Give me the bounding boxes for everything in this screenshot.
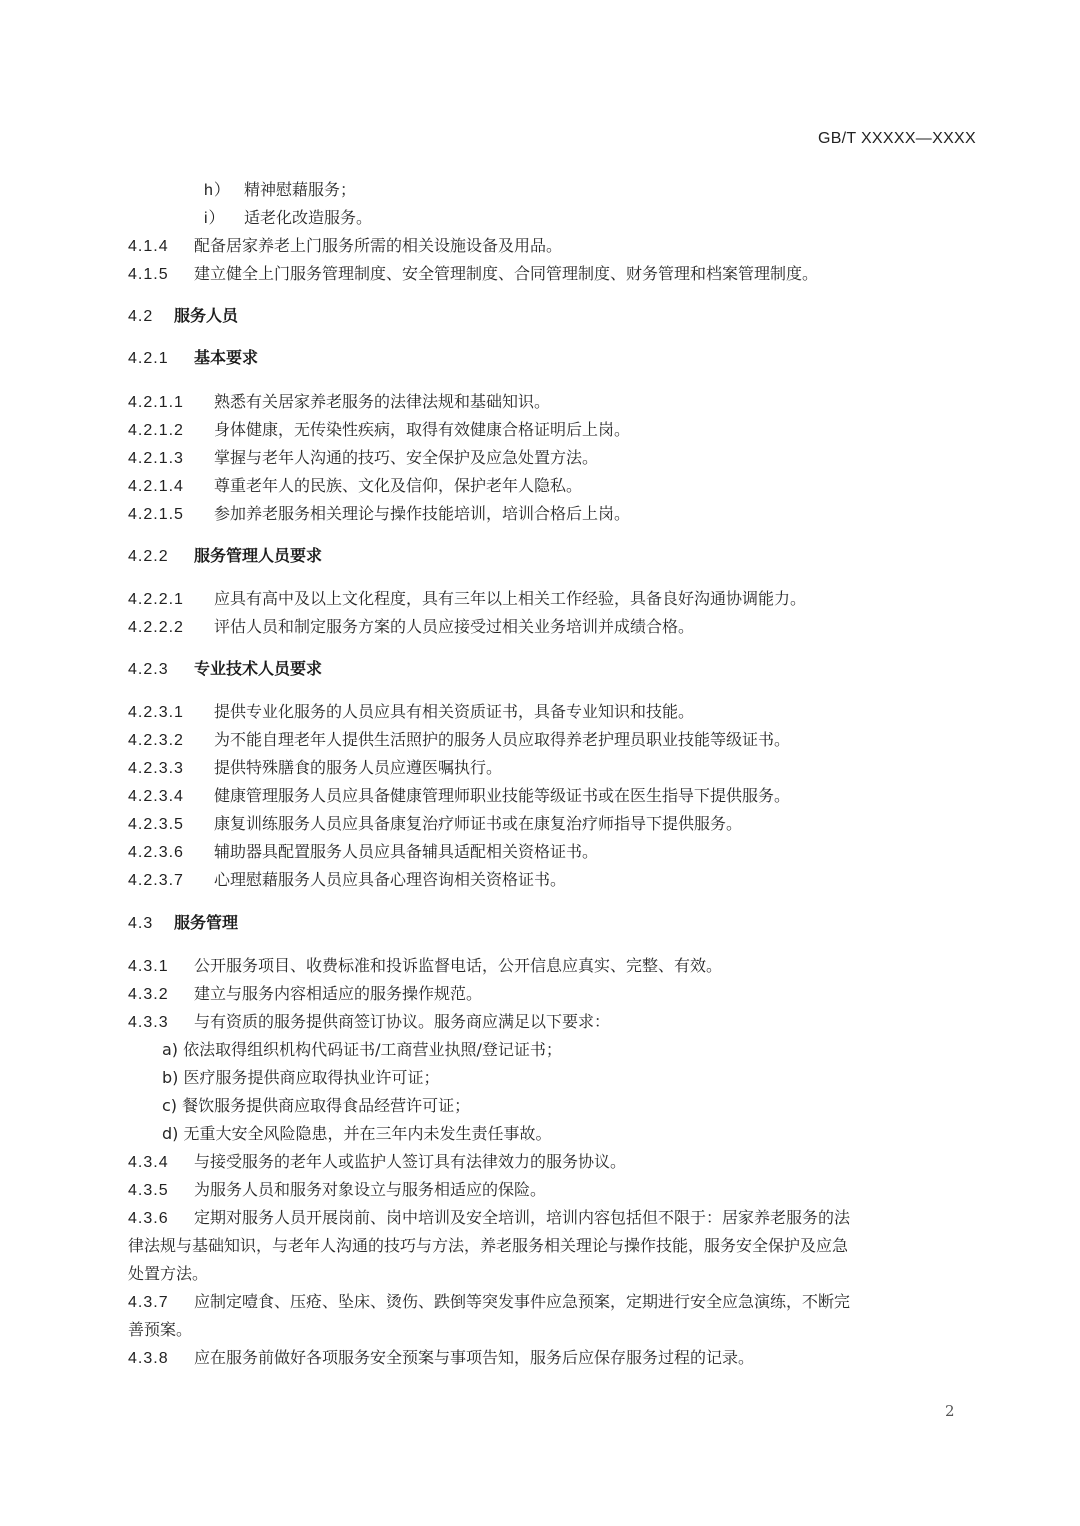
clause-4-2-1-5: 4.2.1.5参加养老服务相关理论与操作技能培训，培训合格后上岗。 — [128, 504, 630, 525]
clause-4-3-1: 4.3.1公开服务项目、收费标准和投诉监督电话，公开信息应真实、完整、有效。 — [128, 956, 722, 977]
clause-text: 评估人员和制定服务方案的人员应接受过相关业务培训并成绩合格。 — [214, 617, 694, 636]
section-heading-4-2-3: 4.2.3专业技术人员要求 — [128, 659, 322, 680]
sub-item-label: b) — [162, 1068, 178, 1087]
sub-item-label: a) — [162, 1040, 178, 1059]
clause-text: 应制定噎食、压疮、坠床、烫伤、跌倒等突发事件应急预案，定期进行安全应急演练，不断… — [194, 1292, 850, 1311]
clause-number: 4.2.1.1 — [128, 393, 214, 413]
clause-4-2-3-2: 4.2.3.2为不能自理老年人提供生活照护的服务人员应取得养老护理员职业技能等级… — [128, 730, 790, 751]
clause-number: 4.2.3.2 — [128, 731, 214, 751]
clause-text: 身体健康，无传染性疾病，取得有效健康合格证明后上岗。 — [214, 420, 630, 439]
list-label: i） — [204, 209, 244, 229]
clause-number: 4.2.1.2 — [128, 421, 214, 441]
sub-item-label: c) — [162, 1096, 177, 1115]
section-heading-4-2-2: 4.2.2服务管理人员要求 — [128, 546, 322, 567]
clause-number: 4.3.7 — [128, 1293, 194, 1313]
clause-4-1-5: 4.1.5建立健全上门服务管理制度、安全管理制度、合同管理制度、财务管理和档案管… — [128, 264, 818, 285]
clause-text: 健康管理服务人员应具备健康管理师职业技能等级证书或在医生指导下提供服务。 — [214, 786, 790, 805]
section-title: 服务管理人员要求 — [194, 546, 322, 565]
clause-text: 配备居家养老上门服务所需的相关设施设备及用品。 — [194, 236, 562, 255]
section-title: 服务人员 — [174, 306, 238, 325]
clause-number: 4.2.1.5 — [128, 505, 214, 525]
clause-4-1-4: 4.1.4配备居家养老上门服务所需的相关设施设备及用品。 — [128, 236, 562, 257]
document-code: GB/T XXXXX—XXXX — [818, 130, 976, 148]
clause-text: 康复训练服务人员应具备康复治疗师证书或在康复治疗师指导下提供服务。 — [214, 814, 742, 833]
clause-4-2-2-2: 4.2.2.2评估人员和制定服务方案的人员应接受过相关业务培训并成绩合格。 — [128, 617, 694, 638]
clause-4-3-6-cont: 律法规与基础知识，与老年人沟通的技巧与方法，养老服务相关理论与操作技能，服务安全… — [128, 1236, 848, 1256]
clause-4-2-3-5: 4.2.3.5康复训练服务人员应具备康复治疗师证书或在康复治疗师指导下提供服务。 — [128, 814, 742, 835]
clause-number: 4.3.3 — [128, 1013, 194, 1033]
section-title: 基本要求 — [194, 348, 258, 367]
clause-4-3-8: 4.3.8应在服务前做好各项服务安全预案与事项告知，服务后应保存服务过程的记录。 — [128, 1348, 754, 1369]
clause-4-3-5: 4.3.5为服务人员和服务对象设立与服务相适应的保险。 — [128, 1180, 546, 1201]
clause-text: 掌握与老年人沟通的技巧、安全保护及应急处置方法。 — [214, 448, 598, 467]
clause-4-2-3-7: 4.2.3.7心理慰藉服务人员应具备心理咨询相关资格证书。 — [128, 870, 566, 891]
clause-text: 与接受服务的老年人或监护人签订具有法律效力的服务协议。 — [194, 1152, 626, 1171]
clause-text: 定期对服务人员开展岗前、岗中培训及安全培训，培训内容包括但不限于：居家养老服务的… — [194, 1208, 850, 1227]
list-text: 精神慰藉服务； — [244, 180, 356, 199]
clause-4-3-3: 4.3.3与有资质的服务提供商签订协议。服务商应满足以下要求： — [128, 1012, 610, 1033]
list-label: h） — [204, 181, 244, 201]
clause-text: 建立与服务内容相适应的服务操作规范。 — [194, 984, 482, 1003]
clause-number: 4.2.3.1 — [128, 703, 214, 723]
clause-4-2-1-3: 4.2.1.3掌握与老年人沟通的技巧、安全保护及应急处置方法。 — [128, 448, 598, 469]
clause-number: 4.1.5 — [128, 265, 194, 285]
section-heading-4-2-1: 4.2.1基本要求 — [128, 348, 258, 369]
clause-number: 4.3.6 — [128, 1209, 194, 1229]
clause-text: 心理慰藉服务人员应具备心理咨询相关资格证书。 — [214, 870, 566, 889]
clause-number: 4.3.4 — [128, 1153, 194, 1173]
section-heading-4-3: 4.3服务管理 — [128, 913, 238, 934]
section-number: 4.2 — [128, 307, 174, 327]
section-number: 4.2.1 — [128, 349, 194, 369]
sub-item-text: 医疗服务提供商应取得执业许可证； — [184, 1068, 440, 1087]
list-item-i: i）适老化改造服务。 — [204, 208, 372, 229]
clause-4-2-3-6: 4.2.3.6辅助器具配置服务人员应具备辅具适配相关资格证书。 — [128, 842, 598, 863]
clause-text: 公开服务项目、收费标准和投诉监督电话，公开信息应真实、完整、有效。 — [194, 956, 722, 975]
clause-number: 4.2.3.7 — [128, 871, 214, 891]
section-number: 4.2.3 — [128, 660, 194, 680]
sub-item-label: d) — [162, 1124, 178, 1143]
section-title: 专业技术人员要求 — [194, 659, 322, 678]
clause-number: 4.2.3.6 — [128, 843, 214, 863]
clause-text: 提供专业化服务的人员应具有相关资质证书，具备专业知识和技能。 — [214, 702, 694, 721]
clause-4-2-3-3: 4.2.3.3提供特殊膳食的服务人员应遵医嘱执行。 — [128, 758, 502, 779]
clause-text: 尊重老年人的民族、文化及信仰，保护老年人隐私。 — [214, 476, 582, 495]
clause-4-3-7: 4.3.7应制定噎食、压疮、坠床、烫伤、跌倒等突发事件应急预案，定期进行安全应急… — [128, 1292, 850, 1313]
sub-item-b: b) 医疗服务提供商应取得执业许可证； — [162, 1068, 440, 1088]
sub-item-c: c) 餐饮服务提供商应取得食品经营许可证； — [162, 1096, 470, 1116]
clause-number: 4.2.2.1 — [128, 590, 214, 610]
clause-number: 4.3.5 — [128, 1181, 194, 1201]
clause-number: 4.2.3.5 — [128, 815, 214, 835]
clause-text: 建立健全上门服务管理制度、安全管理制度、合同管理制度、财务管理和档案管理制度。 — [194, 264, 818, 283]
sub-item-d: d) 无重大安全风险隐患，并在三年内未发生责任事故。 — [162, 1124, 552, 1144]
clause-number: 4.2.3.3 — [128, 759, 214, 779]
clause-text: 应在服务前做好各项服务安全预案与事项告知，服务后应保存服务过程的记录。 — [194, 1348, 754, 1367]
clause-text: 应具有高中及以上文化程度，具有三年以上相关工作经验，具备良好沟通协调能力。 — [214, 589, 806, 608]
section-heading-4-2: 4.2服务人员 — [128, 306, 238, 327]
clause-4-2-3-1: 4.2.3.1提供专业化服务的人员应具有相关资质证书，具备专业知识和技能。 — [128, 702, 694, 723]
sub-item-text: 餐饮服务提供商应取得食品经营许可证； — [182, 1096, 470, 1115]
clause-4-2-1-4: 4.2.1.4尊重老年人的民族、文化及信仰，保护老年人隐私。 — [128, 476, 582, 497]
clause-4-2-2-1: 4.2.2.1应具有高中及以上文化程度，具有三年以上相关工作经验，具备良好沟通协… — [128, 589, 806, 610]
clause-number: 4.2.1.4 — [128, 477, 214, 497]
sub-item-text: 依法取得组织机构代码证书/工商营业执照/登记证书； — [183, 1040, 562, 1059]
clause-4-3-6-cont: 处置方法。 — [128, 1264, 208, 1284]
clause-4-2-1-1: 4.2.1.1熟悉有关居家养老服务的法律法规和基础知识。 — [128, 392, 550, 413]
list-item-h: h）精神慰藉服务； — [204, 180, 356, 201]
clause-number: 4.1.4 — [128, 237, 194, 257]
section-number: 4.2.2 — [128, 547, 194, 567]
clause-number: 4.2.2.2 — [128, 618, 214, 638]
clause-text: 为不能自理老年人提供生活照护的服务人员应取得养老护理员职业技能等级证书。 — [214, 730, 790, 749]
sub-item-text: 无重大安全风险隐患，并在三年内未发生责任事故。 — [184, 1124, 552, 1143]
clause-number: 4.3.1 — [128, 957, 194, 977]
clause-4-3-7-cont: 善预案。 — [128, 1320, 192, 1340]
clause-text: 参加养老服务相关理论与操作技能培训，培训合格后上岗。 — [214, 504, 630, 523]
clause-text: 提供特殊膳食的服务人员应遵医嘱执行。 — [214, 758, 502, 777]
clause-4-3-4: 4.3.4与接受服务的老年人或监护人签订具有法律效力的服务协议。 — [128, 1152, 626, 1173]
clause-4-3-6: 4.3.6定期对服务人员开展岗前、岗中培训及安全培训，培训内容包括但不限于：居家… — [128, 1208, 850, 1229]
clause-4-2-3-4: 4.2.3.4健康管理服务人员应具备健康管理师职业技能等级证书或在医生指导下提供… — [128, 786, 790, 807]
clause-number: 4.3.2 — [128, 985, 194, 1005]
clause-text: 为服务人员和服务对象设立与服务相适应的保险。 — [194, 1180, 546, 1199]
clause-4-2-1-2: 4.2.1.2身体健康，无传染性疾病，取得有效健康合格证明后上岗。 — [128, 420, 630, 441]
clause-number: 4.2.1.3 — [128, 449, 214, 469]
clause-number: 4.3.8 — [128, 1349, 194, 1369]
clause-number: 4.2.3.4 — [128, 787, 214, 807]
sub-item-a: a) 依法取得组织机构代码证书/工商营业执照/登记证书； — [162, 1040, 562, 1060]
section-title: 服务管理 — [174, 913, 238, 932]
clause-text: 与有资质的服务提供商签订协议。服务商应满足以下要求： — [194, 1012, 610, 1031]
list-text: 适老化改造服务。 — [244, 208, 372, 227]
clause-4-3-2: 4.3.2建立与服务内容相适应的服务操作规范。 — [128, 984, 482, 1005]
clause-text: 辅助器具配置服务人员应具备辅具适配相关资格证书。 — [214, 842, 598, 861]
section-number: 4.3 — [128, 914, 174, 934]
page-number: 2 — [945, 1402, 955, 1420]
clause-text: 熟悉有关居家养老服务的法律法规和基础知识。 — [214, 392, 550, 411]
